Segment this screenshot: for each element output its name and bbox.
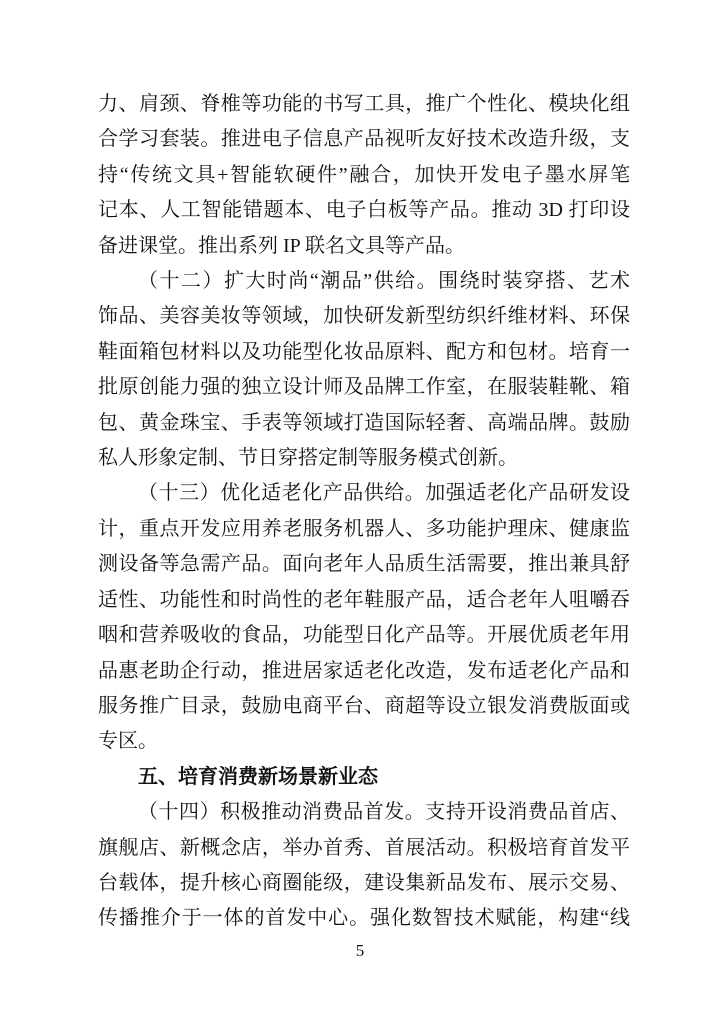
text-line: 测设备等急需产品。面向老年人品质生活需要，推出兼具舒: [98, 547, 630, 582]
text-line: 计，重点开发应用养老服务机器人、多功能护理床、健康监: [98, 512, 630, 547]
text-line: 包、黄金珠宝、手表等领域打造国际轻奢、高端品牌。鼓励: [98, 406, 630, 441]
text-line: 合学习套装。推进电子信息产品视听友好技术改造升级，支: [98, 122, 630, 157]
text-line: 鞋面箱包材料以及功能型化妆品原料、配方和包材。培育一: [98, 335, 630, 370]
text-line: 备进课堂。推出系列 IP 联名文具等产品。: [98, 229, 630, 264]
page-number: 5: [0, 940, 720, 962]
document-page: 力、肩颈、脊椎等功能的书写工具，推广个性化、模块化组合学习套装。推进电子信息产品…: [0, 0, 720, 1018]
section-heading: 五、培育消费新场景新业态: [98, 760, 630, 795]
text-line: 饰品、美容美妆等领域，加快研发新型纺织纤维材料、环保: [98, 299, 630, 334]
text-line: 咽和营养吸收的食品，功能型日化产品等。开展优质老年用: [98, 618, 630, 653]
document-body: 力、肩颈、脊椎等功能的书写工具，推广个性化、模块化组合学习套装。推进电子信息产品…: [98, 87, 630, 937]
text-line: 台载体，提升核心商圈能级，建设集新品发布、展示交易、: [98, 866, 630, 901]
text-line: （十二）扩大时尚“潮品”供给。围绕时装穿搭、艺术: [98, 264, 630, 299]
text-line: 服务推广目录，鼓励电商平台、商超等设立银发消费版面或: [98, 689, 630, 724]
text-line: 适性、功能性和时尚性的老年鞋服产品，适合老年人咀嚼吞: [98, 583, 630, 618]
text-line: 传播推介于一体的首发中心。强化数智技术赋能，构建“线: [98, 901, 630, 936]
text-line: 私人形象定制、节日穿搭定制等服务模式创新。: [98, 441, 630, 476]
text-line: 持“传统文具+智能软硬件”融合，加快开发电子墨水屏笔: [98, 158, 630, 193]
text-line: 力、肩颈、脊椎等功能的书写工具，推广个性化、模块化组: [98, 87, 630, 122]
text-line: 品惠老助企行动，推进居家适老化改造，发布适老化产品和: [98, 654, 630, 689]
text-line: 批原创能力强的独立设计师及品牌工作室，在服装鞋靴、箱: [98, 370, 630, 405]
text-line: 旗舰店、新概念店，举办首秀、首展活动。积极培育首发平: [98, 831, 630, 866]
text-line: （十四）积极推动消费品首发。支持开设消费品首店、: [98, 795, 630, 830]
text-line: 记本、人工智能错题本、电子白板等产品。推动 3D 打印设: [98, 193, 630, 228]
text-line: （十三）优化适老化产品供给。加强适老化产品研发设: [98, 476, 630, 511]
text-line: 专区。: [98, 724, 630, 759]
